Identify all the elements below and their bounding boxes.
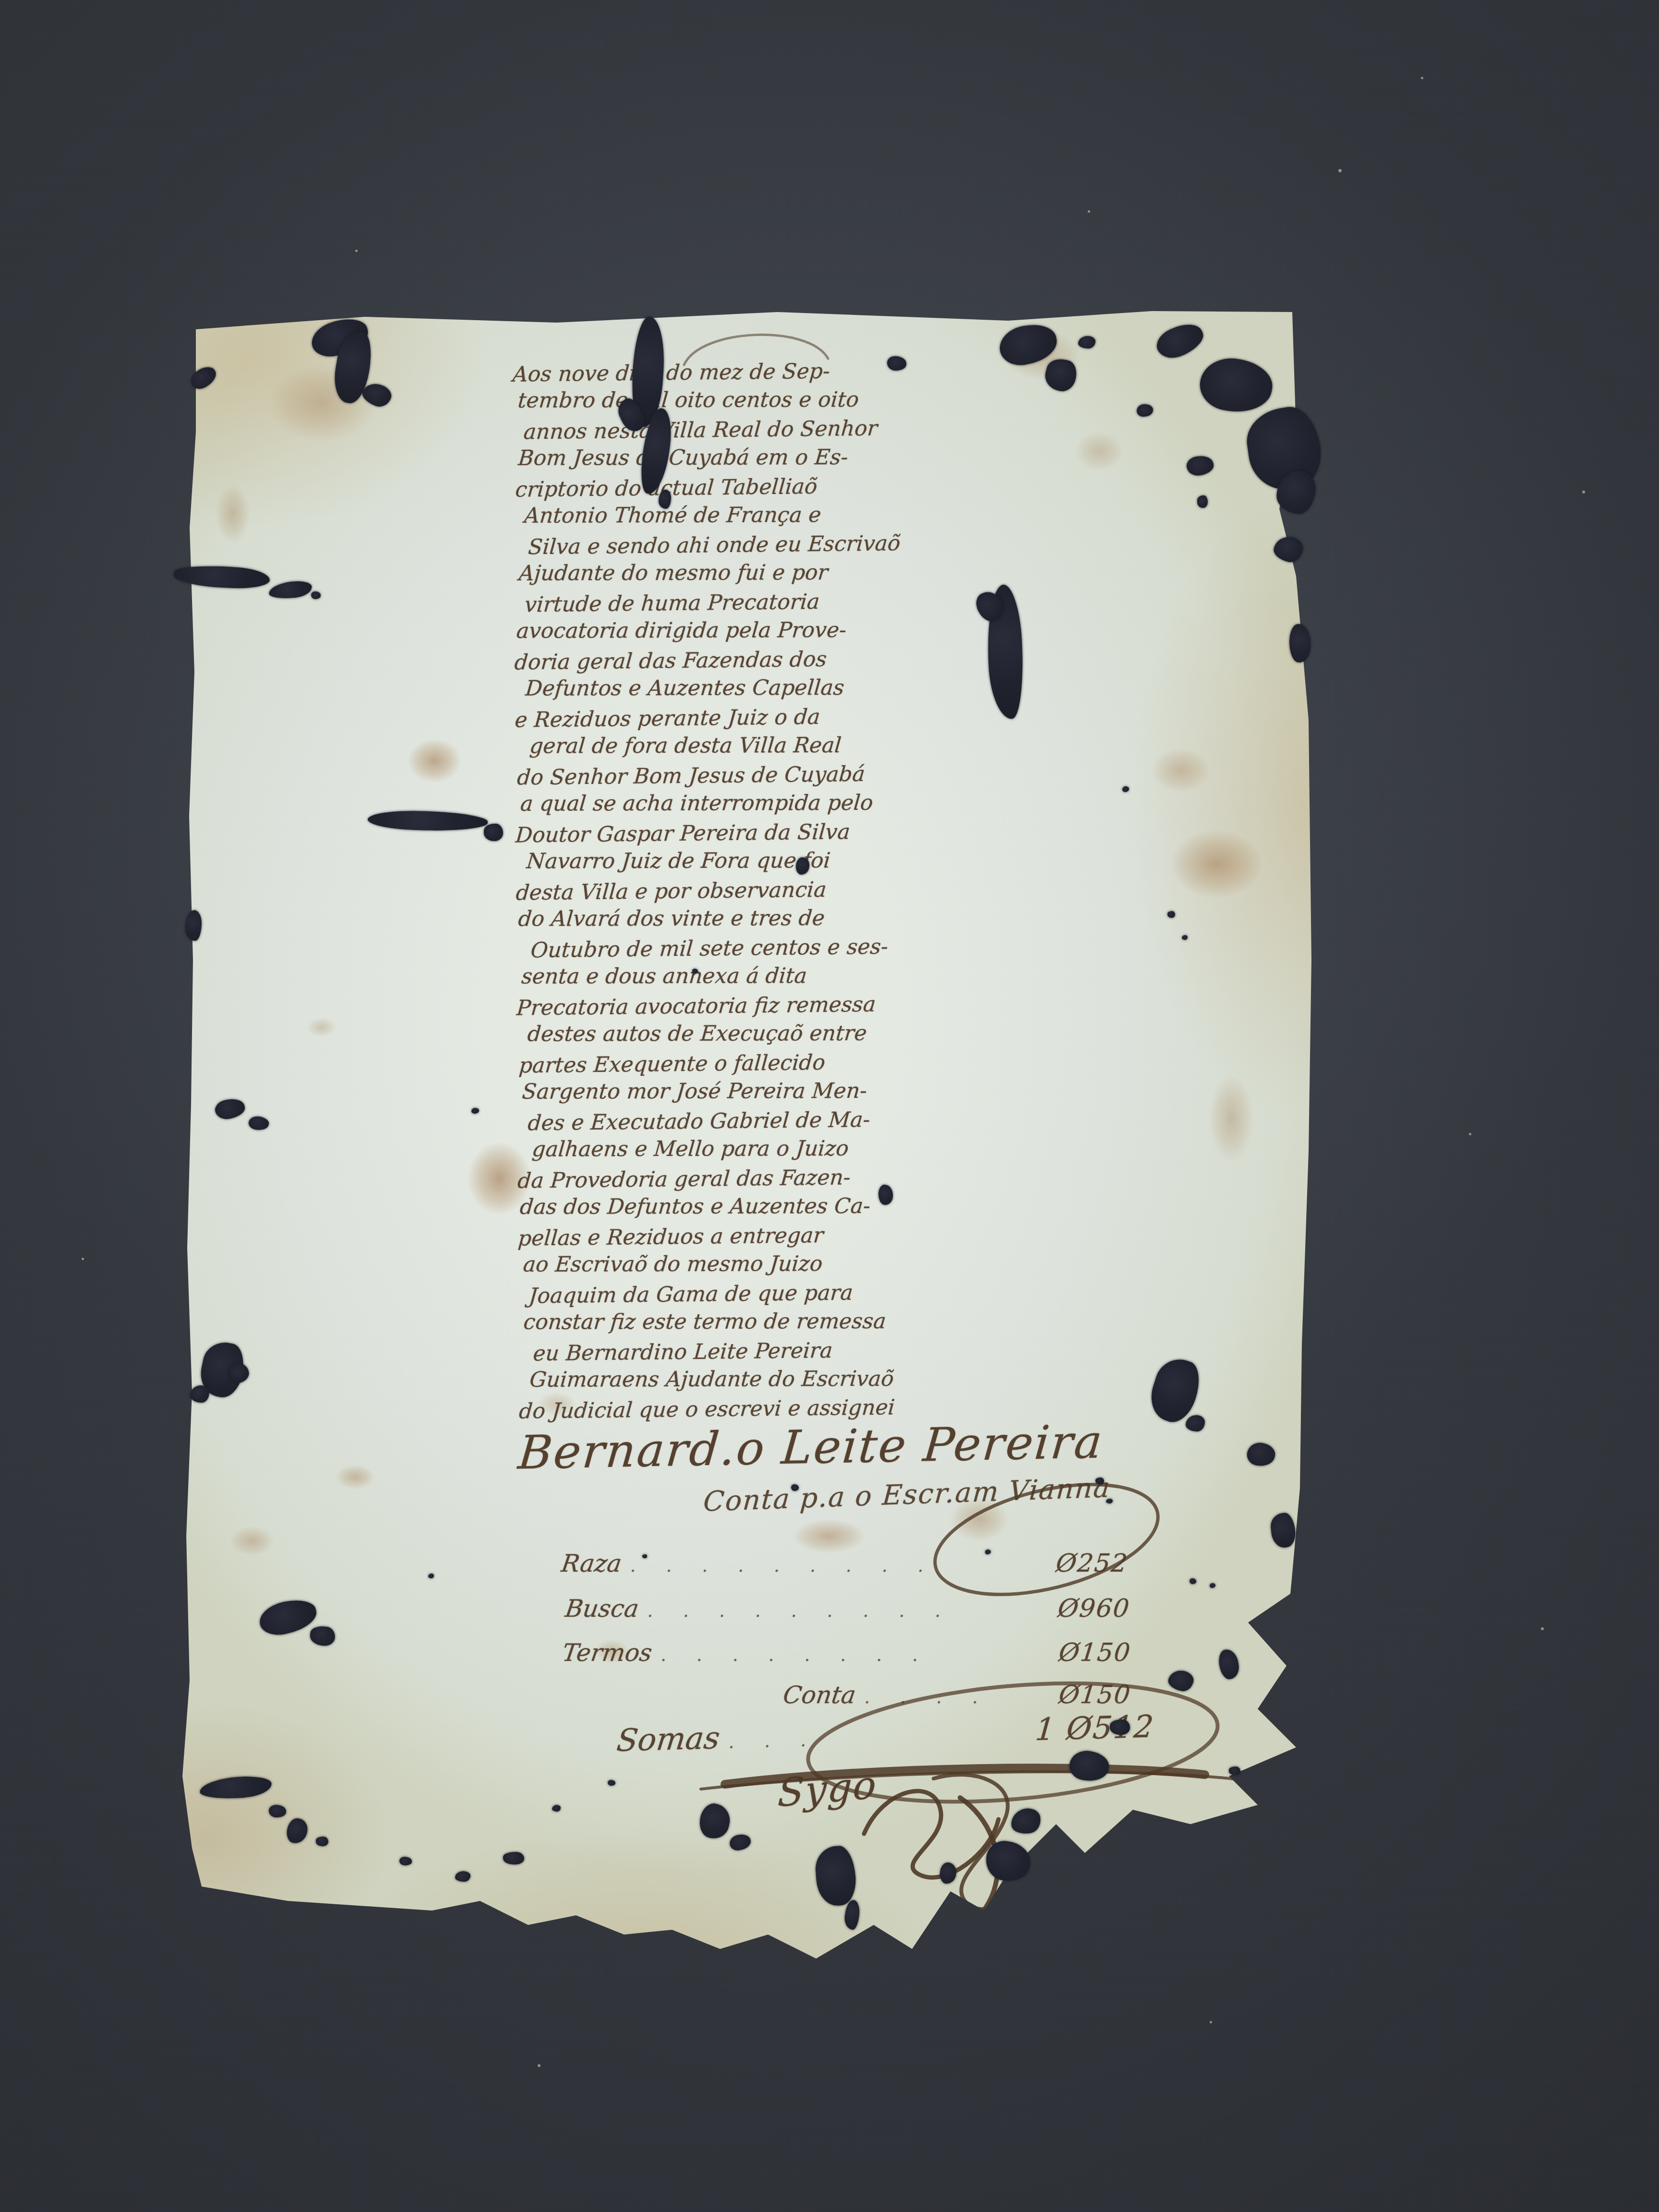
foxing-stain [216,485,250,542]
fee-label: Raza [560,1550,624,1577]
manuscript-line: e Reziduos perante Juiz o da [514,698,1217,734]
manuscript-line: do Senhor Bom Jesus de Cuyabá [516,756,1217,792]
manuscript-text-block: Aos nove dias do mez de Sep- tembro de m… [513,355,1220,1425]
foxing-stain [408,739,461,782]
manuscript-line: Precatoria avocatoria fiz remessa [516,986,1219,1022]
manuscript-line: do Alvará dos vinte e tres de [517,903,1218,934]
manuscript-line: criptorio do actual Tabelliaõ [514,468,1215,504]
dot-leader: . . . . . . . . . [647,1601,1049,1621]
manuscript-line: ao Escrivaõ do mesmo Juizo [522,1249,1220,1279]
dust-speck [538,2064,541,2067]
dot-leader: . . . . . . . . [661,1646,1050,1665]
manuscript-line: Defuntos e Auzentes Capellas [524,673,1217,703]
manuscript-line: galhaens e Mello para o Juizo [531,1133,1220,1164]
manuscript-line: a qual se acha interrompida pelo [519,788,1218,818]
manuscript-line: virtude de huma Precatoria [524,583,1216,619]
fee-value: 1 Ø512 [1034,1709,1155,1748]
fee-value: Ø960 [1057,1594,1131,1623]
manuscript-line: Outubro de mil sete centos e ses- [529,929,1218,965]
fee-row-raza: Raza . . . . . . . . . Ø252 [562,1549,1128,1578]
fee-row-conta: Conta . . . . Ø150 [783,1681,1131,1709]
manuscript-line: constar fiz este termo de remessa [522,1306,1221,1337]
foxing-stain [793,1519,865,1553]
fee-label: Conta [781,1681,858,1709]
manuscript-paper-sheet: Aos nove dias do mez de Sep- tembro de m… [182,310,1315,1971]
foxing-stain [336,1465,374,1489]
dust-speck [1338,169,1342,172]
fee-value: Ø150 [1058,1638,1132,1667]
foxing-stain [307,1018,336,1037]
dust-speck [1469,1133,1471,1135]
fee-value: Ø252 [1055,1549,1130,1578]
dot-leader: . . . . . . . . . [630,1556,1047,1576]
manuscript-line: Silva e sendo ahi onde eu Escrivaõ [527,526,1216,562]
dust-speck [1088,210,1090,213]
fee-value: Ø150 [1058,1681,1132,1709]
manuscript-line: geral de fora desta Villa Real [529,730,1217,761]
manuscript-line: eu Bernardino Leite Pereira [532,1332,1221,1368]
photograph-of-archival-document: { "document": { "background_color": "#3a… [0,0,1659,2212]
rubric-paraph-text: Sygo [777,1762,878,1816]
dot-leader: . . . . [864,1688,1050,1707]
dust-speck [1541,1627,1544,1630]
manuscript-line: Bom Jesus de Cuyabá em o Es- [517,442,1215,473]
manuscript-line: Doutor Gaspar Pereira da Silva [515,814,1218,850]
manuscript-line: des e Executado Gabriel de Ma- [527,1102,1219,1138]
manuscript-line: Sargento mor José Pereira Men- [521,1076,1219,1106]
dust-speck [355,250,358,252]
dust-speck [1421,77,1423,79]
fee-label: Somas [615,1720,721,1759]
manuscript-line: Ajudante do mesmo fui e por [518,557,1216,588]
manuscript-line: avocatoria dirigida pela Prove- [515,615,1216,646]
fee-label: Termos [561,1639,654,1667]
manuscript-line: pellas e Reziduos a entregar [517,1217,1220,1253]
manuscript-line: partes Exequente o fallecido [518,1044,1219,1080]
manuscript-line: senta e dous annexa á dita [520,961,1219,991]
manuscript-line: das dos Defuntos e Auzentes Ca- [519,1191,1220,1222]
foxing-stain [230,1527,274,1555]
manuscript-line: Aos nove dias do mez de Sep- [512,353,1215,389]
fee-row-busca: Busca . . . . . . . . . Ø960 [565,1594,1130,1623]
fee-row-termos: Termos . . . . . . . . Ø150 [563,1638,1131,1667]
manuscript-line: Joaquim da Gama de que para [528,1274,1221,1310]
manuscript-line: annos nesta Villa Real do Senhor [523,410,1215,446]
foxing-stain [269,365,374,442]
dot-leader: . . . [728,1725,1027,1752]
dust-speck [1210,2021,1212,2023]
manuscript-line: destes autos de Execuçaõ entre [527,1018,1219,1049]
manuscript-line: doria geral das Fazendas dos [514,641,1217,677]
dust-speck [82,1258,84,1260]
manuscript-line: Navarro Juiz de Fora que foi [525,845,1218,876]
manuscript-line: Guimaraens Ajudante do Escrivaõ [529,1364,1221,1395]
manuscript-line: tembro de mil oito centos e oito [517,385,1215,415]
fee-row-soma: Somas . . . 1 Ø512 [616,1709,1155,1758]
manuscript-line: Antonio Thomé de França e [523,500,1216,530]
fee-label: Busca [564,1595,641,1623]
manuscript-line: desta Villa e por observancia [515,871,1218,907]
manuscript-line: da Provedoria geral das Fazen- [517,1159,1220,1195]
dust-speck [1582,491,1585,493]
